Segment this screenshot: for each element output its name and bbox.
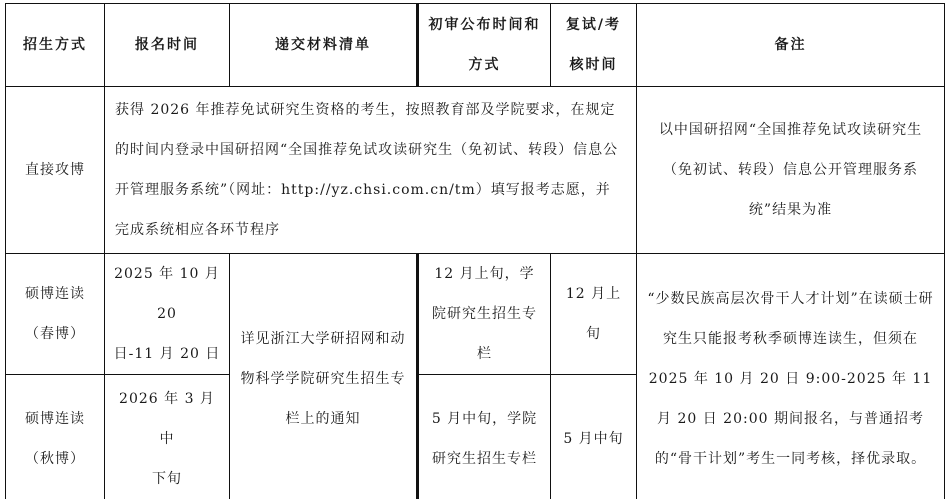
cell-reexam: 5 月中旬	[551, 375, 637, 499]
cell-registration-time: 2025 年 10 月 20 日-11 月 20 日	[105, 254, 230, 375]
registration-time-line2: 日-11 月 20 日	[113, 334, 221, 374]
registration-time-line1: 2026 年 3 月中	[113, 379, 221, 459]
cell-method: 硕博连读 （秋博）	[6, 375, 105, 499]
header-notes: 备注	[637, 4, 945, 87]
header-reexam-line1: 复试/考	[559, 5, 628, 45]
method-line1: 硕博连读	[14, 274, 96, 314]
registration-time-line1: 2025 年 10 月 20	[113, 254, 221, 334]
cell-notes: “少数民族高层次骨干人才计划”在读硕士研究生只能报考秋季硕博连读生，但须在 20…	[637, 254, 945, 499]
header-materials: 递交材料清单	[230, 4, 418, 87]
header-method: 招生方式	[6, 4, 105, 87]
header-reexam: 复试/考 核时间	[551, 4, 637, 87]
header-preliminary-review: 初审公布时间和 方式	[418, 4, 551, 87]
admission-schedule-table: 招生方式 报名时间 递交材料清单 初审公布时间和 方式 复试/考 核时间 备注 …	[5, 3, 945, 499]
header-registration-time: 报名时间	[105, 4, 230, 87]
cell-direct-phd-requirements: 获得 2026 年推荐免试研究生资格的考生，按照教育部及学院要求，在规定的时间内…	[105, 87, 637, 254]
cell-preliminary-review: 5 月中旬，学院研究生招生专栏	[418, 375, 551, 499]
header-preliminary-review-line2: 方式	[427, 45, 542, 85]
cell-reexam: 12 月上旬	[551, 254, 637, 375]
table-row-direct-phd: 直接攻博 获得 2026 年推荐免试研究生资格的考生，按照教育部及学院要求，在规…	[6, 87, 945, 254]
header-reexam-line2: 核时间	[559, 45, 628, 85]
header-preliminary-review-line1: 初审公布时间和	[427, 5, 542, 45]
method-line2: （春博）	[14, 314, 96, 354]
registration-time-line2: 下旬	[113, 459, 221, 499]
table-row-spring-phd: 硕博连读 （春博） 2025 年 10 月 20 日-11 月 20 日 详见浙…	[6, 254, 945, 375]
cell-preliminary-review: 12 月上旬，学院研究生招生专栏	[418, 254, 551, 375]
cell-materials: 详见浙江大学研招网和动物科学学院研究生招生专栏上的通知	[230, 254, 418, 499]
method-line2: （秋博）	[14, 439, 96, 479]
header-row: 招生方式 报名时间 递交材料清单 初审公布时间和 方式 复试/考 核时间 备注	[6, 4, 945, 87]
cell-method: 直接攻博	[6, 87, 105, 254]
cell-method: 硕博连读 （春博）	[6, 254, 105, 375]
cell-registration-time: 2026 年 3 月中 下旬	[105, 375, 230, 499]
method-line1: 硕博连读	[14, 399, 96, 439]
cell-notes: 以中国研招网“全国推荐免试攻读研究生（免初试、转段）信息公开管理服务系统”结果为…	[637, 87, 945, 254]
